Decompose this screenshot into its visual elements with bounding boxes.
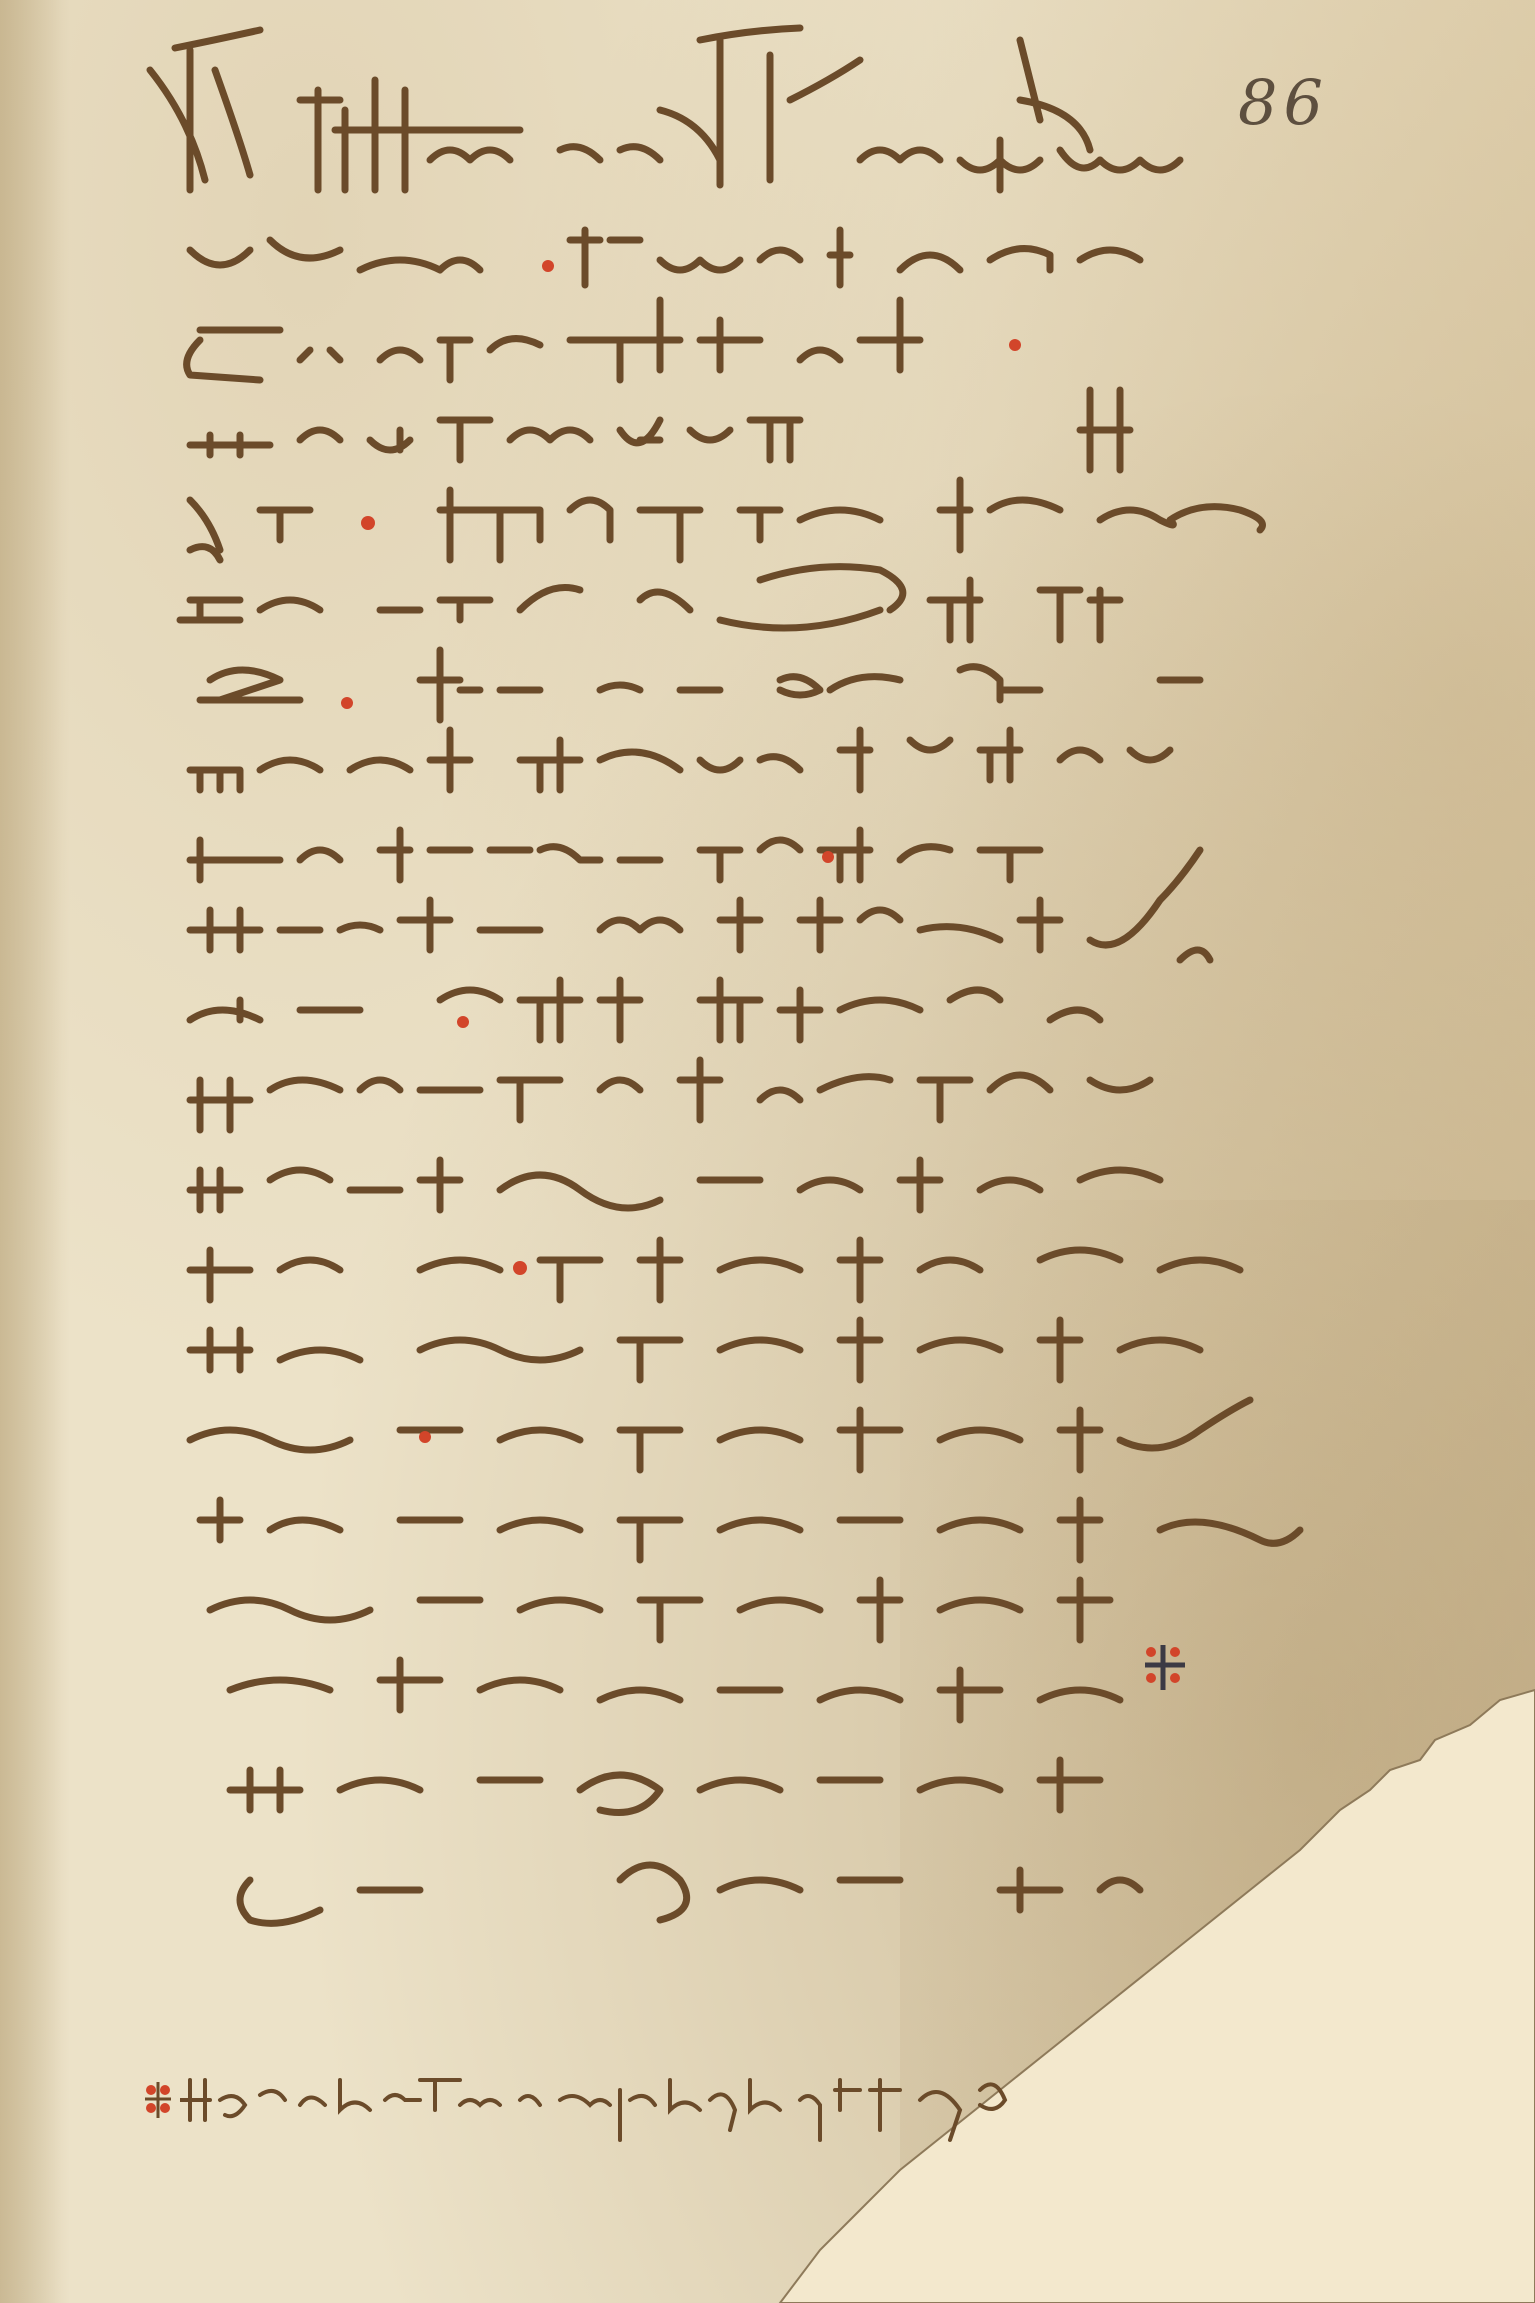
- footer-rubric-mark: [143, 2080, 173, 2120]
- footer-script-line: [180, 2050, 1060, 2170]
- manuscript-page: 86: [0, 0, 1535, 2303]
- neume-notation-block: [0, 0, 1535, 2303]
